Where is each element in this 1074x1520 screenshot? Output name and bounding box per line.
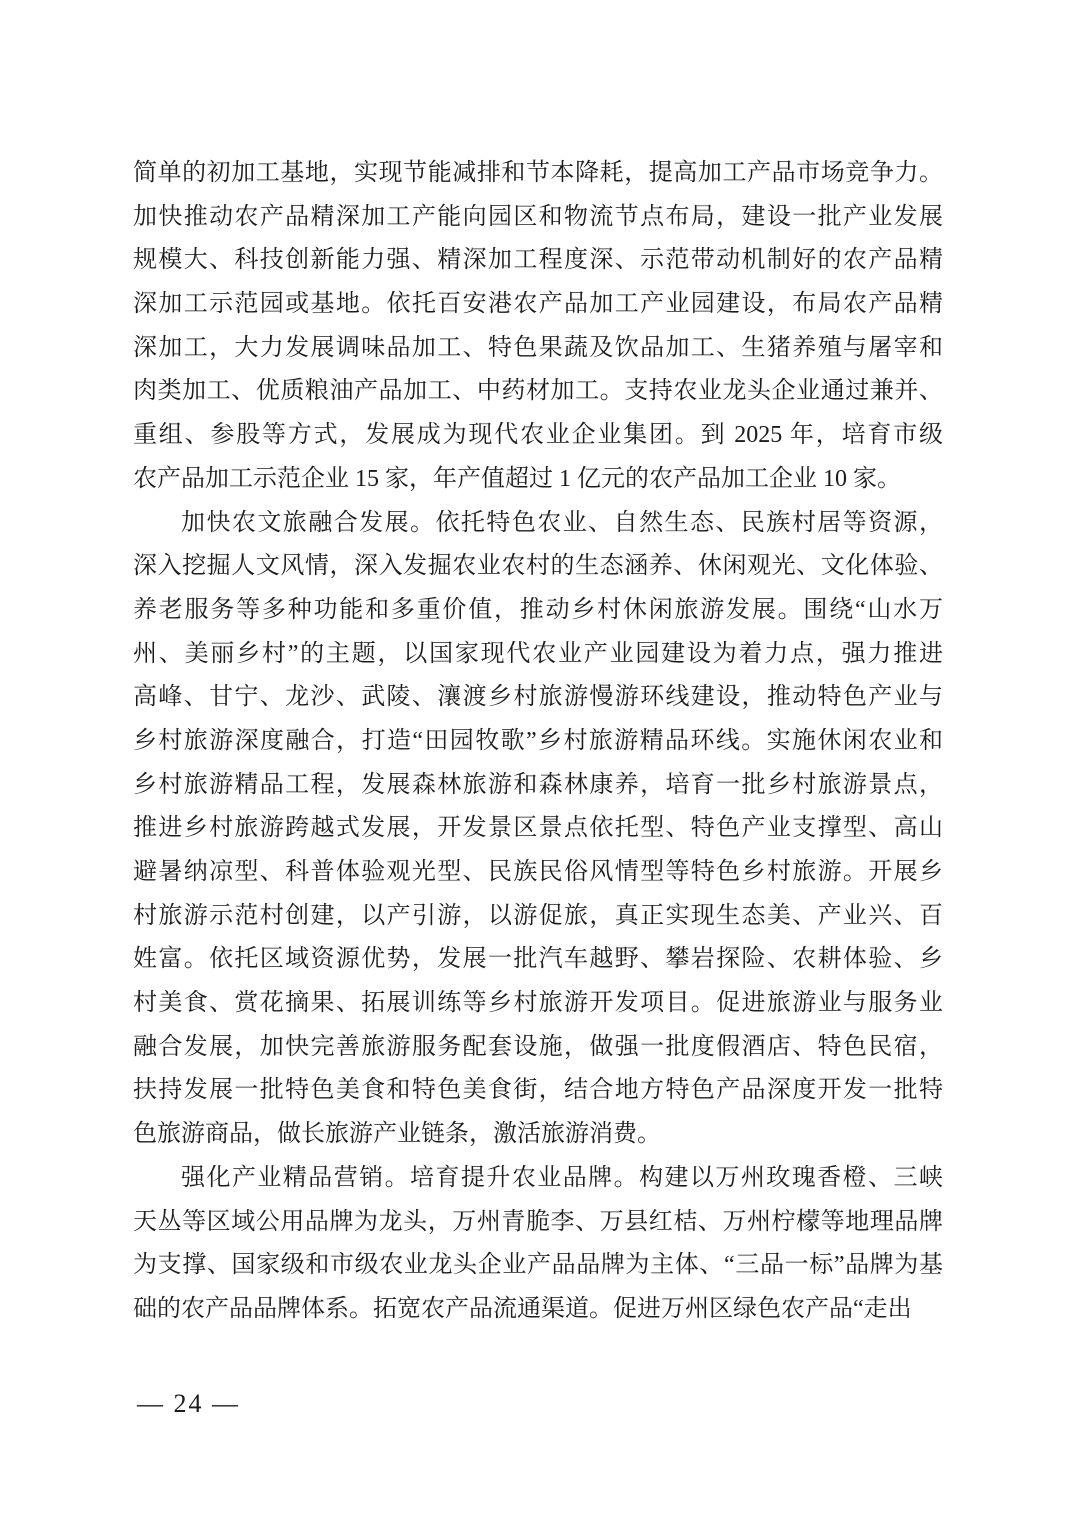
document-body: 简单的初加工基地，实现节能减排和节本降耗，提高加工产品市场竞争力。加快推动农产品…: [133, 152, 943, 1332]
text-line: 肉类加工、优质粮油产品加工、中药材加工。支持农业龙头企业通过兼并、: [133, 370, 943, 414]
text-line: 强化产业精品营销。培育提升农业品牌。构建以万州玫瑰香橙、三峡: [133, 1157, 943, 1201]
text-line: 重组、参股等方式，发展成为现代农业企业集团。到 2025 年，培育市级: [133, 414, 943, 458]
text-line: 推进乡村旅游跨越式发展，开发景区景点依托型、特色产业支撑型、高山: [133, 807, 943, 851]
text-line: 深加工示范园或基地。依托百安港农产品加工产业园建设，布局农产品精: [133, 283, 943, 327]
text-line: 农产品加工示范企业 15 家，年产值超过 1 亿元的农产品加工企业 10 家。: [133, 458, 943, 502]
text-line: 融合发展，加快完善旅游服务配套设施，做强一批度假酒店、特色民宿，: [133, 1026, 943, 1070]
text-line: 乡村旅游深度融合，打造“田园牧歌”乡村旅游精品环线。实施休闲农业和: [133, 720, 943, 764]
text-line: 姓富。依托区域资源优势，发展一批汽车越野、攀岩探险、农耕体验、乡: [133, 938, 943, 982]
text-line: 色旅游商品，做长旅游产业链条，激活旅游消费。: [133, 1113, 943, 1157]
paragraph: 简单的初加工基地，实现节能减排和节本降耗，提高加工产品市场竞争力。加快推动农产品…: [133, 152, 943, 502]
text-line: 为支撑、国家级和市级农业龙头企业产品品牌为主体、“三品一标”品牌为基: [133, 1244, 943, 1288]
page-number: — 24 —: [137, 1389, 240, 1419]
text-line: 规模大、科技创新能力强、精深加工程度深、示范带动机制好的农产品精: [133, 239, 943, 283]
page-footer: — 24 —: [137, 1384, 240, 1424]
text-line: 加快推动农产品精深加工产能向园区和物流节点布局，建设一批产业发展: [133, 196, 943, 240]
paragraph: 强化产业精品营销。培育提升农业品牌。构建以万州玫瑰香橙、三峡天丛等区域公用品牌为…: [133, 1157, 943, 1332]
text-line: 州、美丽乡村”的主题，以国家现代农业产业园建设为着力点，强力推进: [133, 633, 943, 677]
text-line: 扶持发展一批特色美食和特色美食街，结合地方特色产品深度开发一批特: [133, 1069, 943, 1113]
text-line: 乡村旅游精品工程，发展森林旅游和森林康养，培育一批乡村旅游景点，: [133, 764, 943, 808]
text-line: 深入挖掘人文风情，深入发掘农业农村的生态涵养、休闲观光、文化体验、: [133, 545, 943, 589]
text-line: 加快农文旅融合发展。依托特色农业、自然生态、民族村居等资源，: [133, 502, 943, 546]
text-line: 村旅游示范村创建，以产引游，以游促旅，真正实现生态美、产业兴、百: [133, 895, 943, 939]
text-line: 简单的初加工基地，实现节能减排和节本降耗，提高加工产品市场竞争力。: [133, 152, 943, 196]
text-line: 础的农产品品牌体系。拓宽农产品流通渠道。促进万州区绿色农产品“走出: [133, 1288, 943, 1332]
text-line: 天丛等区域公用品牌为龙头，万州青脆李、万县红桔、万州柠檬等地理品牌: [133, 1201, 943, 1245]
text-line: 高峰、甘宁、龙沙、武陵、瀼渡乡村旅游慢游环线建设，推动特色产业与: [133, 676, 943, 720]
text-line: 避暑纳凉型、科普体验观光型、民族民俗风情型等特色乡村旅游。开展乡: [133, 851, 943, 895]
text-line: 养老服务等多种功能和多重价值，推动乡村休闲旅游发展。围绕“山水万: [133, 589, 943, 633]
text-line: 深加工，大力发展调味品加工、特色果蔬及饮品加工、生猪养殖与屠宰和: [133, 327, 943, 371]
document-page: 简单的初加工基地，实现节能减排和节本降耗，提高加工产品市场竞争力。加快推动农产品…: [0, 0, 1074, 1520]
text-line: 村美食、赏花摘果、拓展训练等乡村旅游开发项目。促进旅游业与服务业: [133, 982, 943, 1026]
paragraph: 加快农文旅融合发展。依托特色农业、自然生态、民族村居等资源，深入挖掘人文风情，深…: [133, 502, 943, 1157]
